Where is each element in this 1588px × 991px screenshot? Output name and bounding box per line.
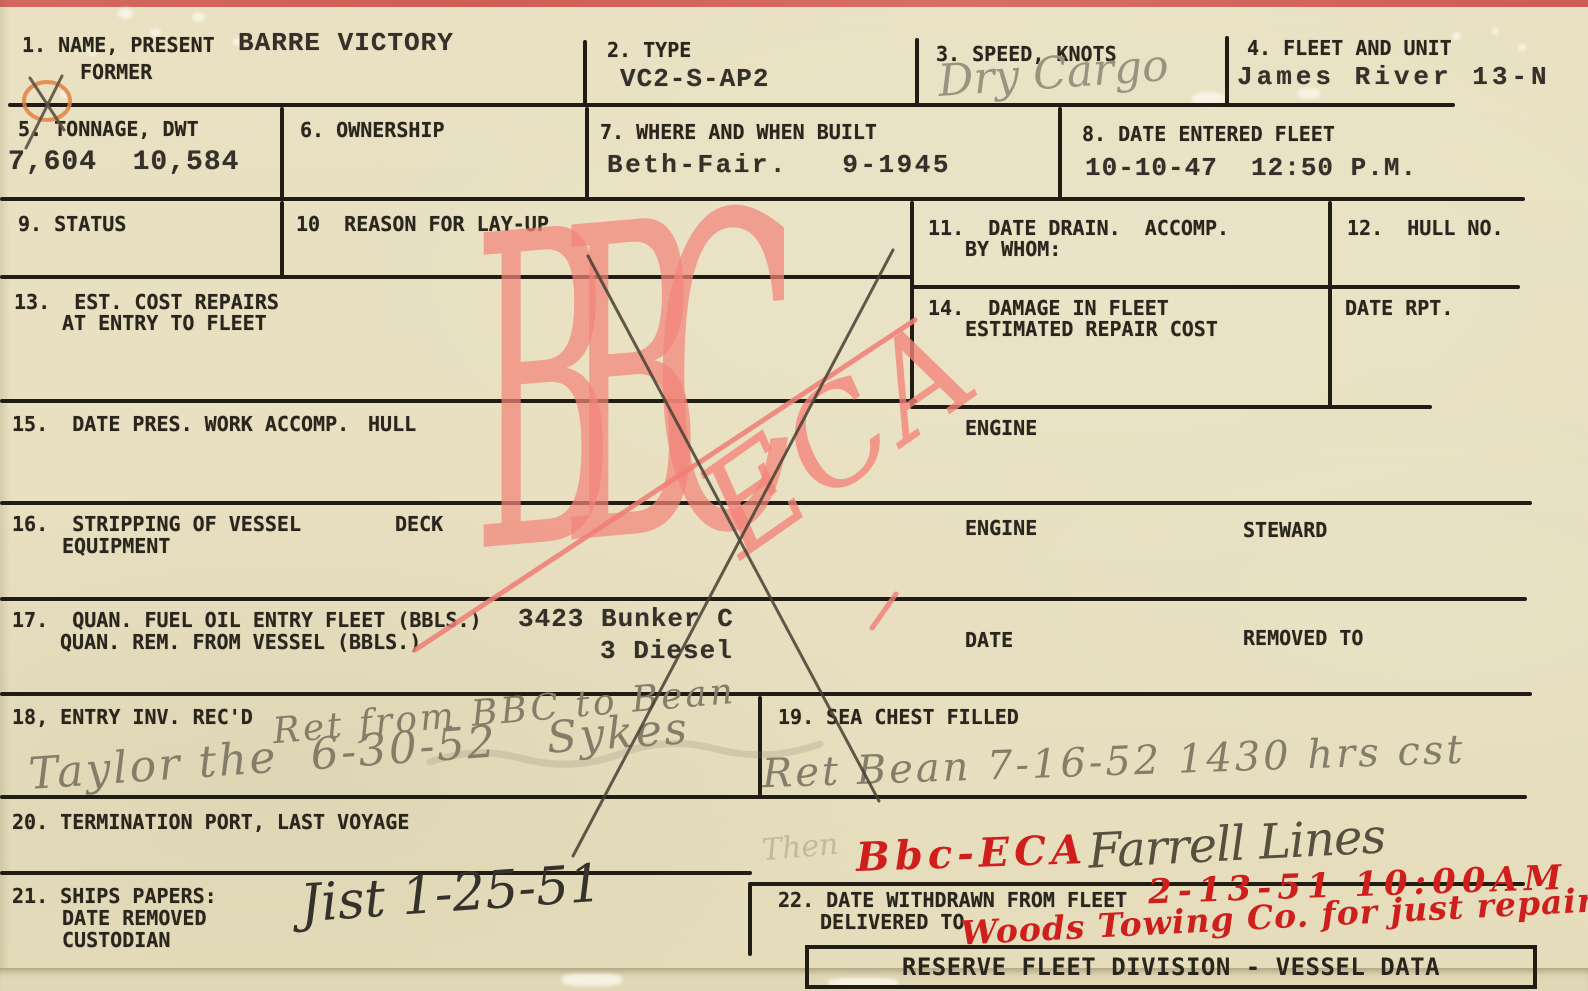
field-14-label2: ESTIMATED REPAIR COST xyxy=(965,317,1218,341)
field-4-label: 4. FLEET AND UNIT xyxy=(1247,36,1452,60)
field-17-label: 17. QUAN. FUEL OIL ENTRY FLEET (BBLS.) xyxy=(12,608,482,632)
field-3-handwriting: Dry Cargo xyxy=(937,44,1170,104)
paper-damage-spot xyxy=(562,974,622,986)
field-17-value2: 3 Diesel xyxy=(600,636,733,666)
paper-damage-spot xyxy=(1518,44,1526,51)
paper-damage-spot xyxy=(118,8,133,19)
field-22-label-delivered: DELIVERED TO xyxy=(820,910,965,934)
field-21-handwriting: Jist 1-25-51 xyxy=(299,858,604,931)
field-1-value: BARRE VICTORY xyxy=(238,28,454,58)
field-19-label: 19. SEA CHEST FILLED xyxy=(778,705,1019,729)
field-15-label-hull: HULL xyxy=(368,412,416,436)
paper-damage-spot xyxy=(192,12,205,22)
field-1-label: 1. NAME, PRESENT xyxy=(22,33,215,57)
field-5-label: 5. TONNAGE, DWT xyxy=(18,117,199,141)
bbc-eca-red-annotation: Bbc-ECA xyxy=(855,830,1087,878)
field-5-value: 7,604 10,584 xyxy=(8,147,239,178)
grid-line-h3-right xyxy=(912,285,1520,289)
field-16-label-engine: ENGINE xyxy=(965,516,1037,540)
field-12-label: 12. HULL NO. xyxy=(1347,216,1504,240)
field-8-value: 10-10-47 12:50 P.M. xyxy=(1085,153,1417,183)
banner-title: RESERVE FLEET DIVISION - VESSEL DATA xyxy=(902,953,1440,981)
grid-line-v-1-2 xyxy=(583,40,587,107)
field-6-label: 6. OWNERSHIP xyxy=(300,118,445,142)
field-21-label: 21. SHIPS PAPERS: xyxy=(12,884,217,908)
field-4-value: James River 13-N xyxy=(1237,62,1551,92)
field-1-label-former: FORMER xyxy=(80,60,152,84)
field-9-label: 9. STATUS xyxy=(18,212,126,236)
field-16-label-equipment: EQUIPMENT xyxy=(62,534,170,558)
grid-line-v-5-6 xyxy=(280,107,284,201)
field-16-label-deck: DECK xyxy=(395,512,443,536)
orange-circle-mark xyxy=(24,82,70,120)
field-17-label2: QUAN. REM. FROM VESSEL (BBLS.) xyxy=(60,630,421,654)
field-21-label3: CUSTODIAN xyxy=(62,928,170,952)
grid-line-h7 xyxy=(0,692,1532,696)
field-17-label-removed-to: REMOVED TO xyxy=(1243,626,1363,650)
paper-damage-spot xyxy=(1492,28,1499,35)
field-16-label: 16. STRIPPING OF VESSEL xyxy=(12,512,301,536)
grid-line-v-11-12 xyxy=(1328,201,1332,409)
grid-line-v-9-10 xyxy=(280,201,284,279)
grid-line-v-21-22 xyxy=(748,884,752,956)
field-19-handwriting: Ret Bean 7-16-52 1430 hrs cst xyxy=(762,730,1467,795)
field-2-value: VC2-S-AP2 xyxy=(620,64,769,94)
grid-line-h1 xyxy=(8,103,1455,107)
grid-line-v-2-3 xyxy=(915,38,919,107)
grid-line-h2 xyxy=(0,197,1525,201)
card-top-red-edge xyxy=(0,0,1588,7)
paper-damage-spot xyxy=(1452,32,1461,40)
field-18-label: 18, ENTRY INV. REC'D xyxy=(12,705,253,729)
field-8-label: 8. DATE ENTERED FLEET xyxy=(1082,122,1335,146)
grid-line-v-7-8 xyxy=(1058,107,1062,201)
grid-line-v-3-4 xyxy=(1225,36,1229,107)
faint-pencil-ghost: Then xyxy=(761,830,840,867)
paper-damage-spot xyxy=(60,90,70,98)
field-17-label-date: DATE xyxy=(965,628,1013,652)
field-15-label: 15. DATE PRES. WORK ACCOMP. xyxy=(12,412,349,436)
big-red-bbc-scrawl: BBC xyxy=(455,161,765,613)
field-16-label-steward: STEWARD xyxy=(1243,518,1327,542)
field-14-label-date-rpt: DATE RPT. xyxy=(1345,296,1453,320)
grid-line-v-18-19 xyxy=(758,696,762,799)
vessel-data-card: 1. NAME, PRESENT FORMER BARRE VICTORY 2.… xyxy=(0,0,1588,991)
field-2-label: 2. TYPE xyxy=(607,38,691,62)
field-11-label-bywhom: BY WHOM: xyxy=(965,237,1061,261)
field-13-label2: AT ENTRY TO FLEET xyxy=(62,311,267,335)
grid-line-h3-left xyxy=(0,275,914,279)
field-20-label: 20. TERMINATION PORT, LAST VOYAGE xyxy=(12,810,409,834)
banner-box: RESERVE FLEET DIVISION - VESSEL DATA xyxy=(805,945,1537,989)
field-21-label2: DATE REMOVED xyxy=(62,906,207,930)
